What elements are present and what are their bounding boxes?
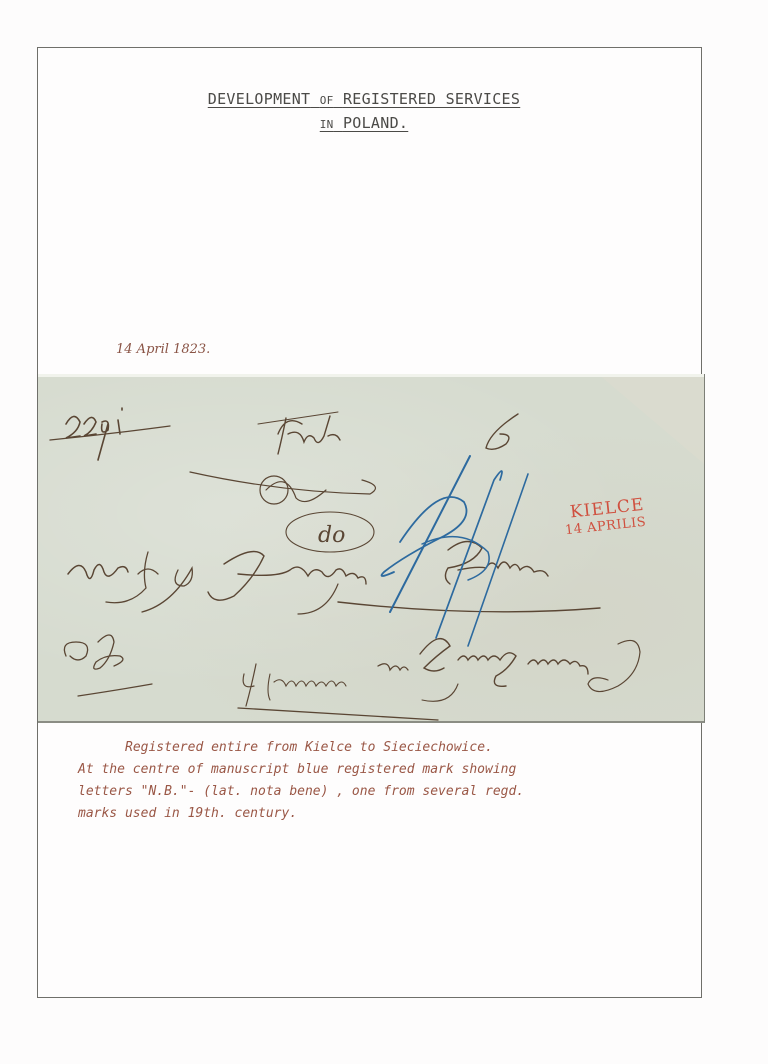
svg-text:do: do — [318, 523, 345, 548]
exhibit-caption: Registered entire from Kielce to Sieciec… — [78, 737, 638, 825]
registered-entire-cover: do — [38, 374, 705, 723]
date-note: 14 April 1823. — [116, 342, 210, 357]
page-title-line-2: IN POLAND. — [0, 112, 728, 136]
caption-line-2: At the centre of manuscript blue registe… — [78, 759, 638, 781]
page-title: DEVELOPMENT OF REGISTERED SERVICES IN PO… — [0, 88, 728, 136]
caption-line-4: marks used in 19th. century. — [78, 803, 638, 825]
manuscript-handwriting: do — [38, 374, 704, 721]
caption-line-1: Registered entire from Kielce to Sieciec… — [78, 737, 638, 759]
page-title-line-1: DEVELOPMENT OF REGISTERED SERVICES — [0, 88, 728, 112]
caption-line-3: letters "N.B."- (lat. nota bene) , one f… — [78, 781, 638, 803]
